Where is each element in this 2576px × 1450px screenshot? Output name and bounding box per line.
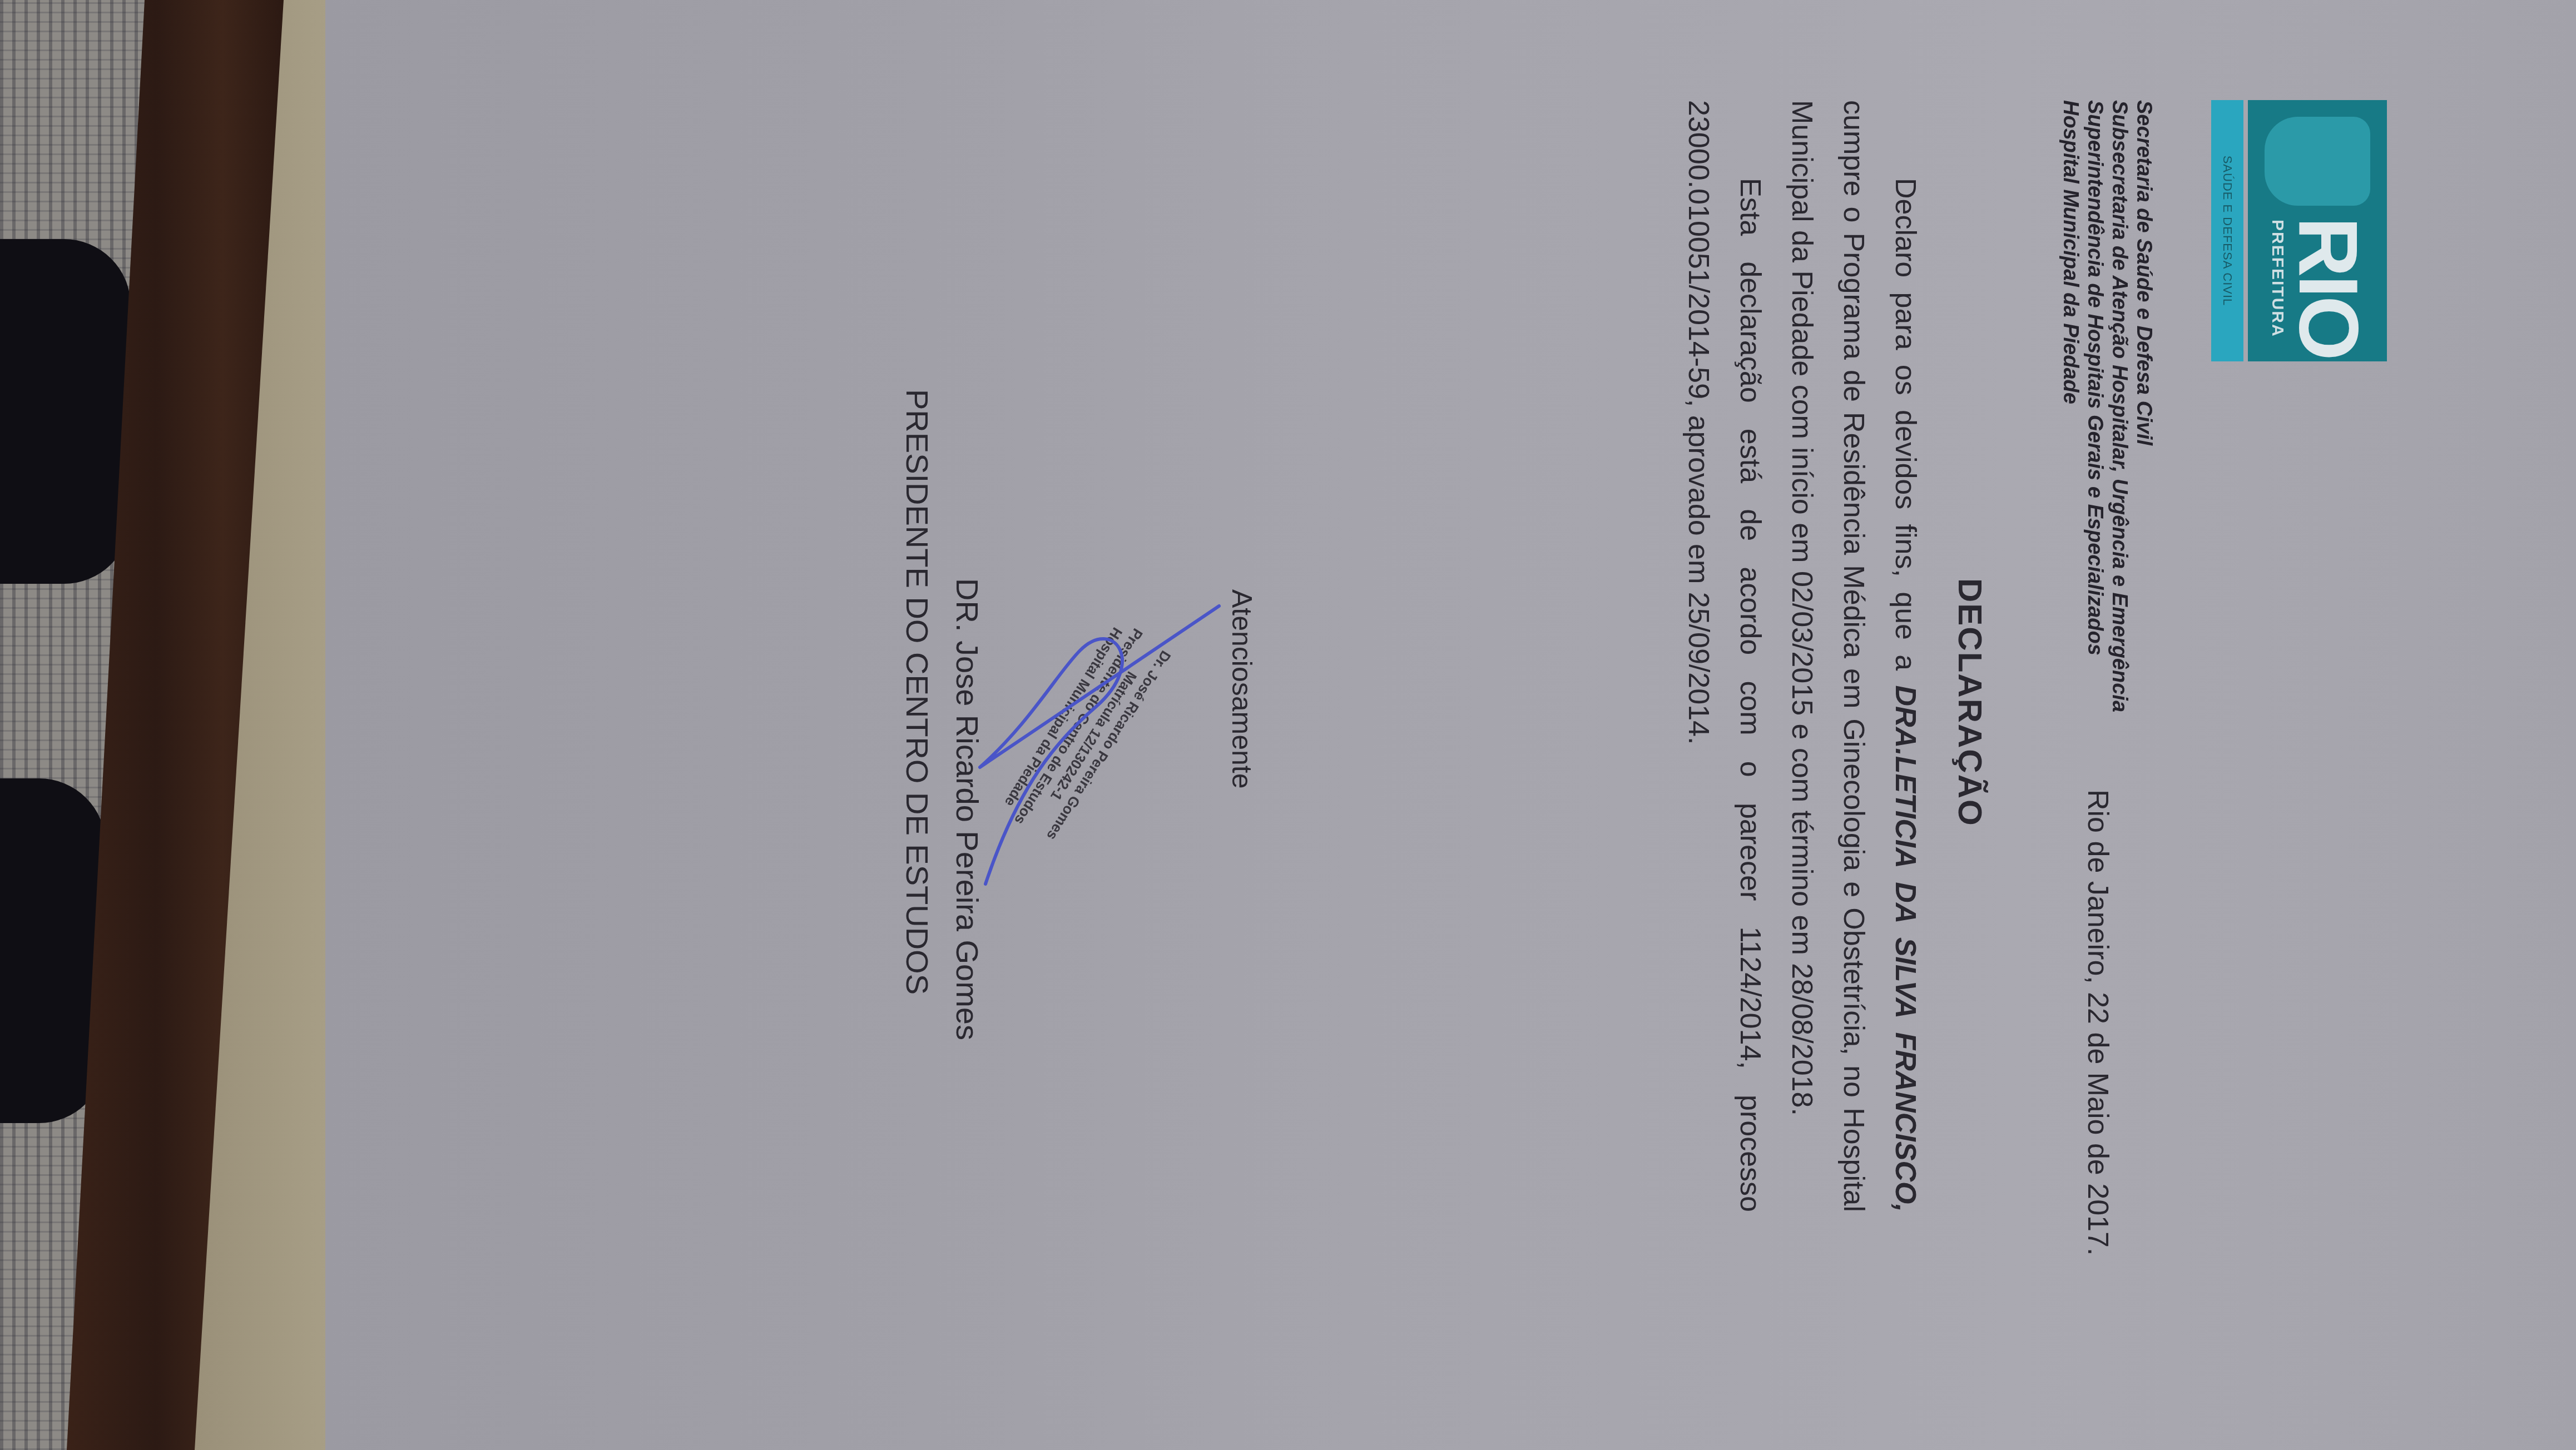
- signer-name: DR. Jose Ricardo Pereira Gomes: [949, 578, 985, 1040]
- shoe: [0, 239, 131, 584]
- prefeitura-rio-logo: RIO PREFEITURA SAÚDE E DEFESA CIVIL: [2209, 100, 2387, 361]
- document-body: Declaro para os devidos fins, que a DRA.…: [1672, 100, 1931, 1212]
- document-title: DECLARAÇÃO: [1951, 578, 1989, 827]
- logo-brand: RIO: [2287, 217, 2370, 359]
- logo-subtitle: PREFEITURA: [2268, 220, 2287, 337]
- header-line: Superintendência de Hospitais Gerais e E…: [2083, 100, 2107, 712]
- header-line: Subsecretaria de Atenção Hospitalar, Urg…: [2107, 100, 2132, 712]
- document-page: RIO PREFEITURA SAÚDE E DEFESA CIVIL Secr…: [325, 0, 2576, 1450]
- signer-role: PRESIDENTE DO CENTRO DE ESTUDOS: [899, 389, 935, 995]
- header-line: Secretaria de Saúde e Defesa Civil: [2132, 100, 2156, 712]
- logo-strip: SAÚDE E DEFESA CIVIL: [2211, 100, 2243, 361]
- paragraph-declaration: Declaro para os devidos fins, que a DRA.…: [1776, 100, 1931, 1212]
- letterhead: Secretaria de Saúde e Defesa Civil Subse…: [2058, 100, 2156, 712]
- resident-name: DRA.LETICIA DA SILVA FRANCISCO,: [1889, 686, 1921, 1212]
- header-line: Hospital Municipal da Piedade: [2058, 100, 2083, 712]
- paragraph-approval: Esta declaração está de acordo com o par…: [1672, 100, 1776, 1212]
- document-date: Rio de Janeiro, 22 de Maio de 2017.: [2081, 789, 2114, 1255]
- city-crest-icon: [2265, 117, 2370, 206]
- handwritten-signature-icon: [963, 584, 1241, 895]
